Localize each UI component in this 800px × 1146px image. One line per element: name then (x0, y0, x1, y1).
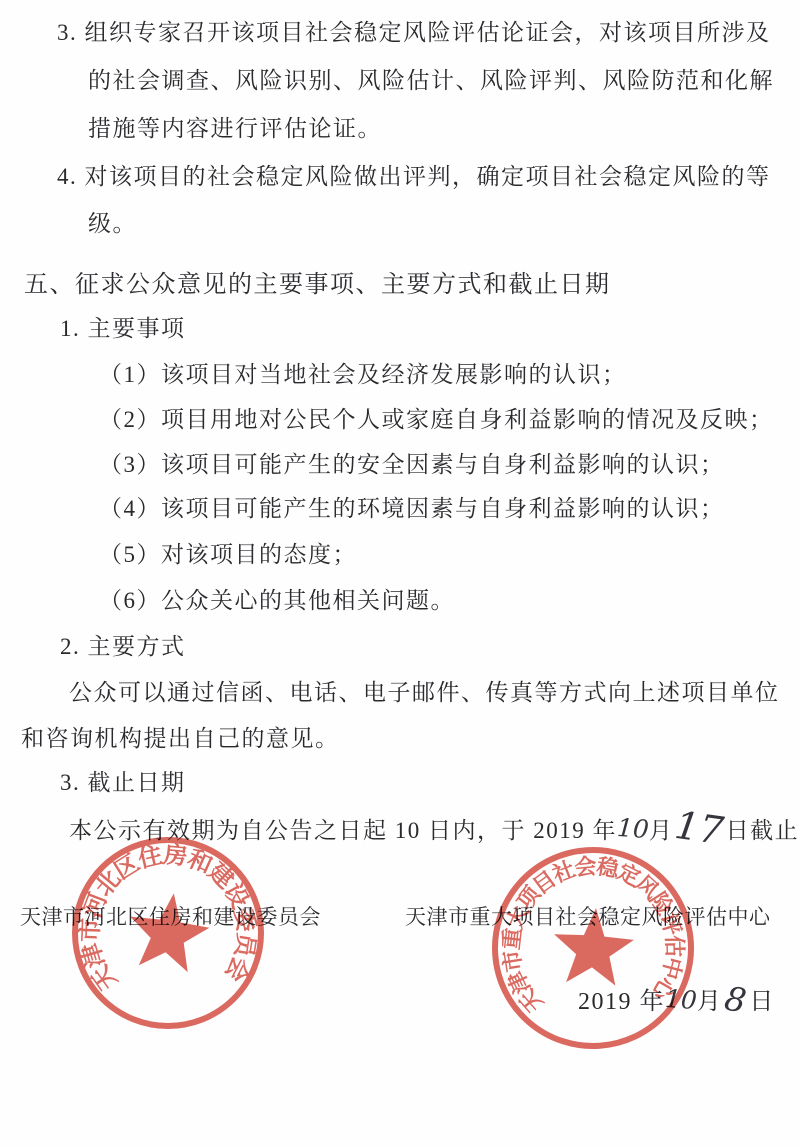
list-item-3-line-3: 措施等内容进行评估论证。 (88, 110, 382, 143)
date-day-unit: 日 (749, 989, 775, 1015)
list-item-4-line-2: 级。 (88, 205, 137, 238)
deadline-suffix: 日截止。 (726, 818, 800, 843)
list-item-3-line-1: 3. 组织专家召开该项目社会稳定风险评估论证会，对该项目所涉及 (57, 14, 771, 47)
list-item-3-line-2: 的社会调查、风险识别、风险估计、风险评判、风险防范和化解 (88, 62, 774, 95)
method-paragraph-line-1: 公众可以通过信函、电话、电子邮件、传真等方式向上述项目单位 (69, 674, 780, 707)
method-paragraph-line-2: 和咨询机构提出自己的意见。 (21, 720, 340, 753)
handwritten-date-day: 8 (723, 981, 749, 1017)
subsection-2-heading: 2. 主要方式 (60, 628, 186, 661)
official-seal-right: 天津市重大项目社会稳定风险评估中心 (481, 836, 705, 1060)
official-seal-left: 天津市河北区住房和建设委员会 (68, 833, 268, 1033)
matter-item-5: （5）对该项目的态度； (99, 536, 357, 569)
scanned-notice-page: 3. 组织专家召开该项目社会稳定风险评估论证会，对该项目所涉及 的社会调查、风险… (0, 0, 800, 1146)
matter-item-4: （4）该项目可能产生的环境因素与自身利益影响的认识； (99, 490, 725, 523)
matter-item-2: （2）项目用地对公民个人或家庭自身利益影响的情况及反映； (99, 401, 774, 434)
section-5-heading: 五、征求公众意见的主要事项、主要方式和截止日期 (24, 264, 611, 299)
list-item-4-line-1: 4. 对该项目的社会稳定风险做出评判，确定项目社会稳定风险的等 (57, 158, 771, 191)
matter-item-1: （1）该项目对当地社会及经济发展影响的认识； (99, 356, 627, 389)
matter-item-3: （3）该项目可能产生的安全因素与自身利益影响的认识； (99, 446, 725, 479)
matter-item-6: （6）公众关心的其他相关问题。 (99, 582, 455, 615)
handwritten-month: 10 (616, 815, 649, 842)
subsection-3-heading: 3. 截止日期 (60, 764, 186, 797)
star-icon (130, 893, 209, 972)
subsection-1-heading: 1. 主要事项 (60, 310, 186, 343)
star-icon (553, 906, 637, 990)
